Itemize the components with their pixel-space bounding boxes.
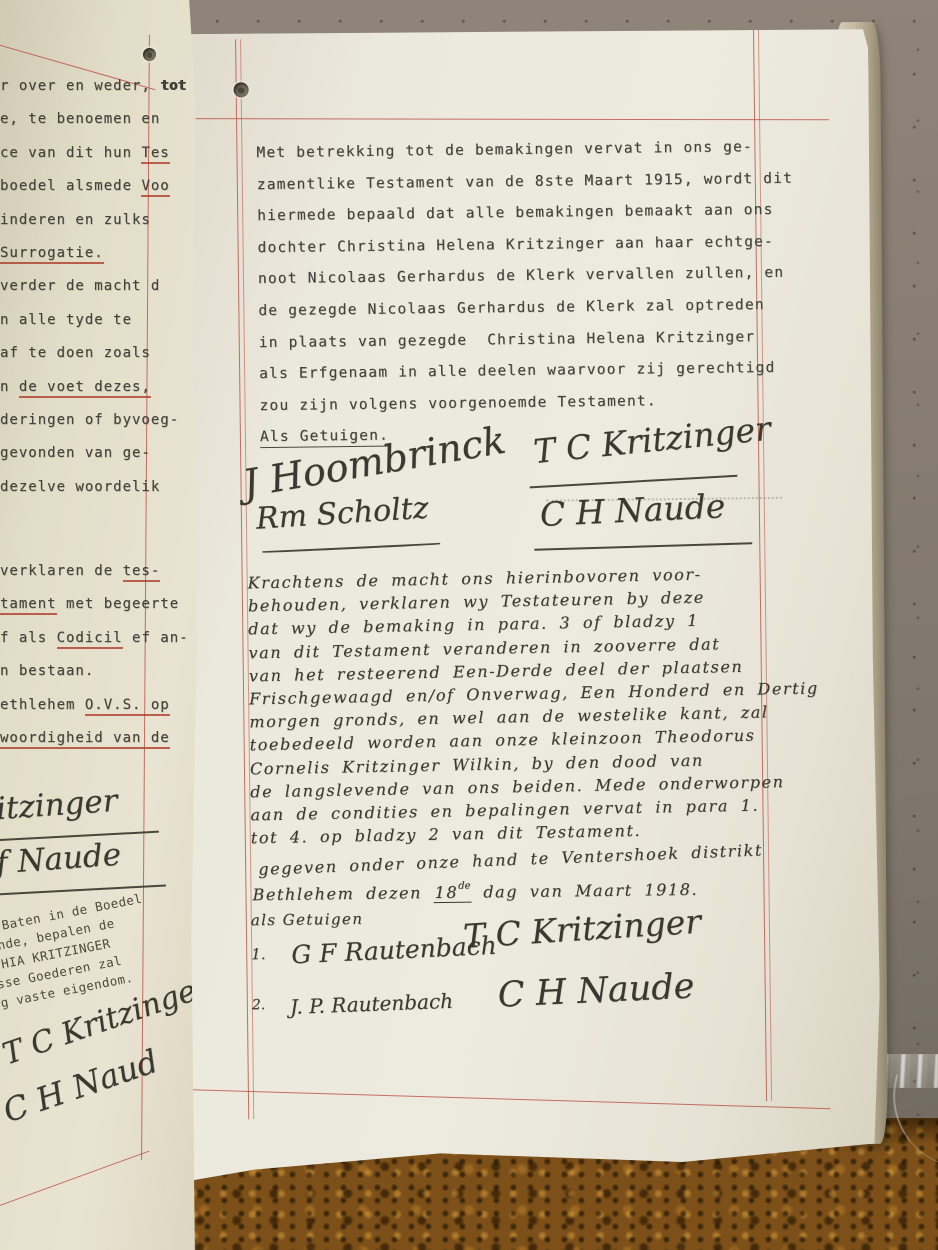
left-page-typed-lower: verklaren de tes-tament met begeertef al… — [0, 563, 189, 763]
handwritten-codicil: Krachtens de macht ons hierinbovoren voo… — [248, 564, 851, 850]
text-segment: ce van dit hun — [0, 145, 141, 161]
text-line: woordigheid van de — [0, 730, 189, 763]
text-line: af te doen zoals — [0, 345, 186, 378]
text-segment: tot — [160, 78, 186, 94]
testator-signature-naude: C H Naude — [539, 486, 726, 534]
typed-paragraph: Met betrekking tot de bemakingen vervat … — [256, 138, 819, 429]
closing-witness-label: als Getuigen — [251, 910, 364, 929]
witness-number-2: 2. — [252, 997, 266, 1013]
final-signature-naude: C H Naude — [497, 966, 695, 1015]
left-page-bottom-rule — [0, 1151, 150, 1209]
text-line: verklaren de tes- — [0, 563, 189, 596]
text-segment: Voo — [141, 178, 169, 197]
bottom-margin-rule — [187, 1089, 831, 1109]
text-segment: ethlehem — [0, 697, 85, 713]
naude-signature-line — [534, 542, 752, 550]
text-line: n bestaan. — [0, 663, 189, 696]
left-page-partial-signature-naude: f Naude — [0, 837, 122, 882]
text-segment: de voet dezes, — [19, 379, 151, 398]
text-segment: n alle tyde te — [0, 312, 132, 328]
text-line: deringen of byvoeg- — [0, 412, 186, 445]
witness-number-1: 1. — [251, 945, 266, 963]
left-page-partial-signature-kritzinger: itzinger — [0, 783, 119, 827]
text-segment: verklaren de — [0, 563, 123, 579]
text-line: verder de macht d — [0, 278, 186, 311]
text-line: r over en weder, tot — [0, 78, 186, 111]
text-segment: dezelve woordelik — [0, 479, 160, 495]
text-line: e, te benoemen en — [0, 111, 186, 144]
text-segment: n — [0, 379, 19, 395]
main-document-page: Met betrekking tot de bemakingen vervat … — [156, 26, 882, 1185]
left-page-typed-upper: r over en weder, tote, te benoemen ence … — [0, 78, 186, 512]
closing-date-pre: Bethlehem dezen — [252, 883, 433, 904]
text-line: f als Codicil ef an- — [0, 630, 189, 663]
text-line: tament met begeerte — [0, 596, 189, 629]
text-line: ethlehem O.V.S. op — [0, 697, 189, 730]
text-segment: deringen of byvoeg- — [0, 412, 179, 428]
closing-date-post: dag van Maart 1918. — [471, 880, 698, 902]
punch-hole — [234, 82, 249, 97]
closing-line-date: Bethlehem dezen 18de dag van Maart 1918. — [252, 878, 698, 904]
text-segment: tament — [0, 596, 57, 615]
text-segment: f als — [0, 630, 57, 646]
closing-day-number: 18de — [434, 883, 472, 903]
text-line: ce van dit hun Tes — [0, 145, 186, 178]
closing-day-ordinal: de — [458, 881, 470, 892]
text-line: Surrogatie. — [0, 245, 186, 278]
text-segment: boedel alsmede — [0, 178, 141, 194]
text-segment: woordigheid van de — [0, 730, 170, 749]
text-line: n de voet dezes, — [0, 379, 186, 412]
text-segment: gevonden van ge- — [0, 445, 151, 461]
kritzinger-signature-line — [530, 475, 738, 488]
photographed-testament-page: Met betrekking tot de bemakingen vervat … — [0, 0, 938, 1250]
text-segment: inderen en zulks — [0, 212, 151, 228]
left-page-punch-hole — [143, 48, 156, 61]
text-segment: ef an- — [123, 630, 189, 646]
scholtz-flourish-line — [262, 543, 440, 553]
text-segment: op — [141, 697, 169, 716]
text-segment: verder de macht d — [0, 278, 160, 294]
text-segment: Surrogatie. — [0, 245, 104, 264]
final-signature-kritzinger: T C Kritzinger — [462, 902, 702, 956]
text-segment: Codicil — [57, 630, 123, 649]
text-line: dezelve woordelik — [0, 479, 186, 512]
text-segment: n bestaan. — [0, 663, 94, 679]
previous-document-page: r over en weder, tote, te benoemen ence … — [0, 0, 197, 1250]
top-margin-rule — [177, 118, 829, 121]
text-line: inderen en zulks — [0, 212, 186, 245]
text-line: n alle tyde te — [0, 312, 186, 345]
text-segment: Tes — [141, 145, 169, 164]
text-line: gevonden van ge- — [0, 445, 186, 478]
text-segment: met begeerte — [57, 596, 180, 612]
text-segment: af te doen zoals — [0, 345, 151, 361]
text-line: boedel alsmede Voo — [0, 178, 186, 211]
text-segment: r over en weder, — [0, 78, 160, 94]
text-segment: e, te benoemen en — [0, 111, 160, 127]
text-segment: tes- — [123, 563, 161, 582]
text-segment: O.V.S. — [85, 697, 142, 716]
bottom-witness-rautenbach-2: J. P. Rautenbach — [289, 989, 453, 1019]
